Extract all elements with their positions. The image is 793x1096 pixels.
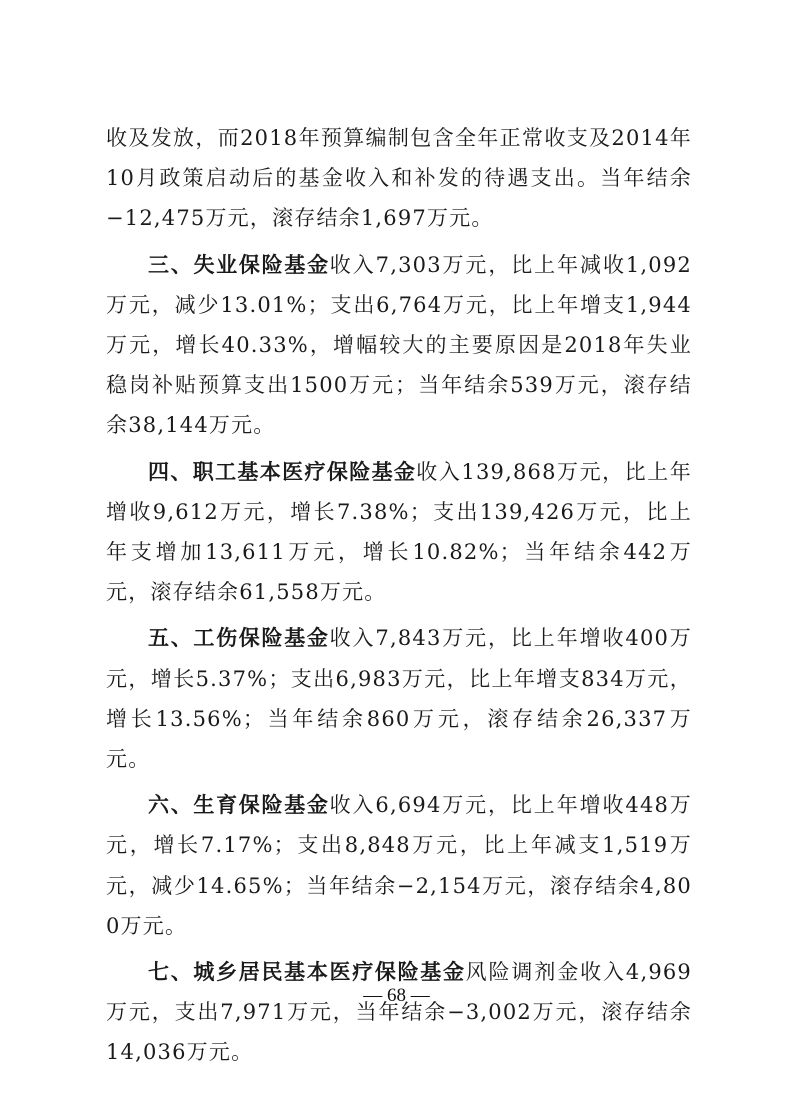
- paragraph-work-injury-insurance: 五、工伤保险基金收入7,843万元，比上年增收400万元，增长5.37%；支出6…: [106, 618, 692, 779]
- paragraph-resident-medical-insurance: 七、城乡居民基本医疗保险基金风险调剂金收入4,969万元，支出7,971万元，当…: [106, 952, 692, 1073]
- paragraph-text: 收及发放，而2018年预算编制包含全年正常收支及2014年10月政策启动后的基金…: [106, 126, 692, 230]
- section-heading: 七、城乡居民基本医疗保险基金: [148, 960, 466, 984]
- paragraph-continuation: 收及发放，而2018年预算编制包含全年正常收支及2014年10月政策启动后的基金…: [106, 118, 692, 239]
- document-page: 收及发放，而2018年预算编制包含全年正常收支及2014年10月政策启动后的基金…: [106, 118, 692, 1073]
- paragraph-employee-medical-insurance: 四、职工基本医疗保险基金收入139,868万元，比上年增收9,612万元，增长7…: [106, 452, 692, 613]
- paragraph-unemployment-insurance: 三、失业保险基金收入7,303万元，比上年减收1,092万元，减少13.01%；…: [106, 245, 692, 446]
- section-heading: 五、工伤保险基金: [148, 626, 330, 650]
- section-heading: 三、失业保险基金: [148, 253, 330, 277]
- page-number: — 68 —: [0, 985, 793, 1007]
- paragraph-maternity-insurance: 六、生育保险基金收入6,694万元，比上年增收448万元，增长7.17%；支出8…: [106, 785, 692, 946]
- section-heading: 四、职工基本医疗保险基金: [148, 460, 416, 484]
- section-heading: 六、生育保险基金: [148, 793, 330, 817]
- paragraph-text: 收入7,303万元，比上年减收1,092万元，减少13.01%；支出6,764万…: [106, 253, 692, 438]
